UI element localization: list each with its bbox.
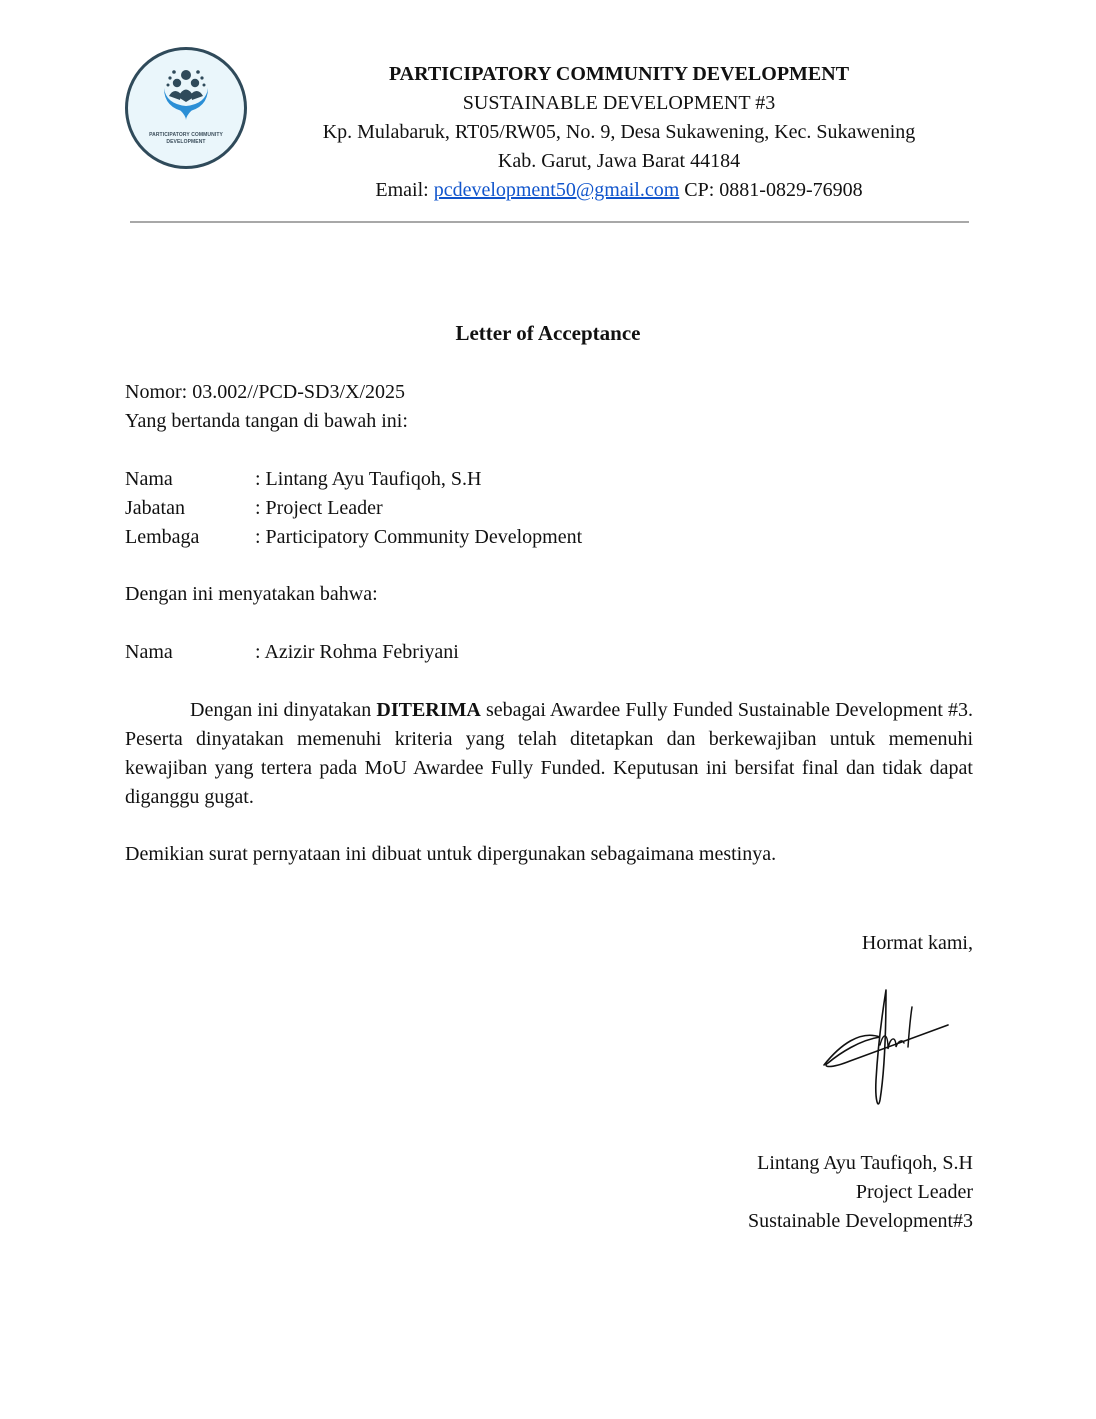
- closing-statement: Demikian surat pernyataan ini dibuat unt…: [125, 840, 973, 869]
- address-line-1: Kp. Mulabaruk, RT05/RW05, No. 9, Desa Su…: [280, 118, 958, 147]
- field-row-lembaga: Lembaga : Participatory Community Develo…: [125, 523, 973, 552]
- letter-number: Nomor: 03.002//PCD-SD3/X/2025: [125, 378, 973, 407]
- field-label: Jabatan: [125, 494, 255, 523]
- signer-name: Lintang Ayu Taufiqoh, S.H: [748, 1149, 973, 1178]
- field-row-recipient-nama: Nama : Azizir Rohma Febriyani: [125, 638, 973, 667]
- acceptance-paragraph: Dengan ini dinyatakan DITERIMA sebagai A…: [125, 696, 973, 812]
- organization-logo: PARTICIPATORY COMMUNITY DEVELOPMENT: [125, 47, 247, 169]
- phone-number: 0881-0829-76908: [719, 179, 862, 201]
- header-divider: [130, 221, 969, 223]
- field-label: Lembaga: [125, 523, 255, 552]
- community-people-logo-icon: [128, 50, 244, 166]
- phone-label: CP:: [679, 179, 719, 201]
- salutation: Hormat kami,: [862, 929, 973, 958]
- signer-program: Sustainable Development#3: [748, 1207, 973, 1236]
- field-value: : Lintang Ayu Taufiqoh, S.H: [255, 465, 481, 494]
- field-value: : Project Leader: [255, 494, 383, 523]
- signer-intro: Yang bertanda tangan di bawah ini:: [125, 407, 973, 436]
- email-label: Email:: [375, 179, 433, 201]
- logo-caption-line1: PARTICIPATORY COMMUNITY: [128, 132, 244, 139]
- signer-fields: Nama : Lintang Ayu Taufiqoh, S.H Jabatan…: [125, 465, 973, 552]
- letter-title: Letter of Acceptance: [0, 321, 1096, 346]
- body-prefix: Dengan ini dinyatakan: [190, 699, 376, 721]
- field-value: : Participatory Community Development: [255, 523, 582, 552]
- field-row-jabatan: Jabatan : Project Leader: [125, 494, 973, 523]
- statement-intro: Dengan ini menyatakan bahwa:: [125, 580, 973, 609]
- email-link[interactable]: pcdevelopment50@gmail.com: [434, 179, 680, 201]
- signer-position: Project Leader: [748, 1178, 973, 1207]
- accepted-status: DITERIMA: [376, 699, 480, 721]
- letter-number-block: Nomor: 03.002//PCD-SD3/X/2025 Yang berta…: [125, 378, 973, 436]
- field-label: Nama: [125, 638, 255, 667]
- field-value: : Azizir Rohma Febriyani: [255, 638, 459, 667]
- program-name: SUSTAINABLE DEVELOPMENT #3: [280, 89, 958, 118]
- letterhead: PARTICIPATORY COMMUNITY DEVELOPMENT SUST…: [280, 60, 958, 205]
- recipient-fields: Nama : Azizir Rohma Febriyani: [125, 638, 973, 667]
- contact-line: Email: pcdevelopment50@gmail.com CP: 088…: [280, 176, 958, 205]
- handwritten-signature-icon: [820, 985, 955, 1115]
- field-label: Nama: [125, 465, 255, 494]
- address-line-2: Kab. Garut, Jawa Barat 44184: [280, 147, 958, 176]
- signer-block: Lintang Ayu Taufiqoh, S.H Project Leader…: [748, 1149, 973, 1236]
- field-row-nama: Nama : Lintang Ayu Taufiqoh, S.H: [125, 465, 973, 494]
- logo-caption-line2: DEVELOPMENT: [128, 139, 244, 146]
- letter-page: PARTICIPATORY COMMUNITY DEVELOPMENT PART…: [0, 0, 1096, 1419]
- organization-name: PARTICIPATORY COMMUNITY DEVELOPMENT: [280, 60, 958, 89]
- logo-caption: PARTICIPATORY COMMUNITY DEVELOPMENT: [128, 132, 244, 146]
